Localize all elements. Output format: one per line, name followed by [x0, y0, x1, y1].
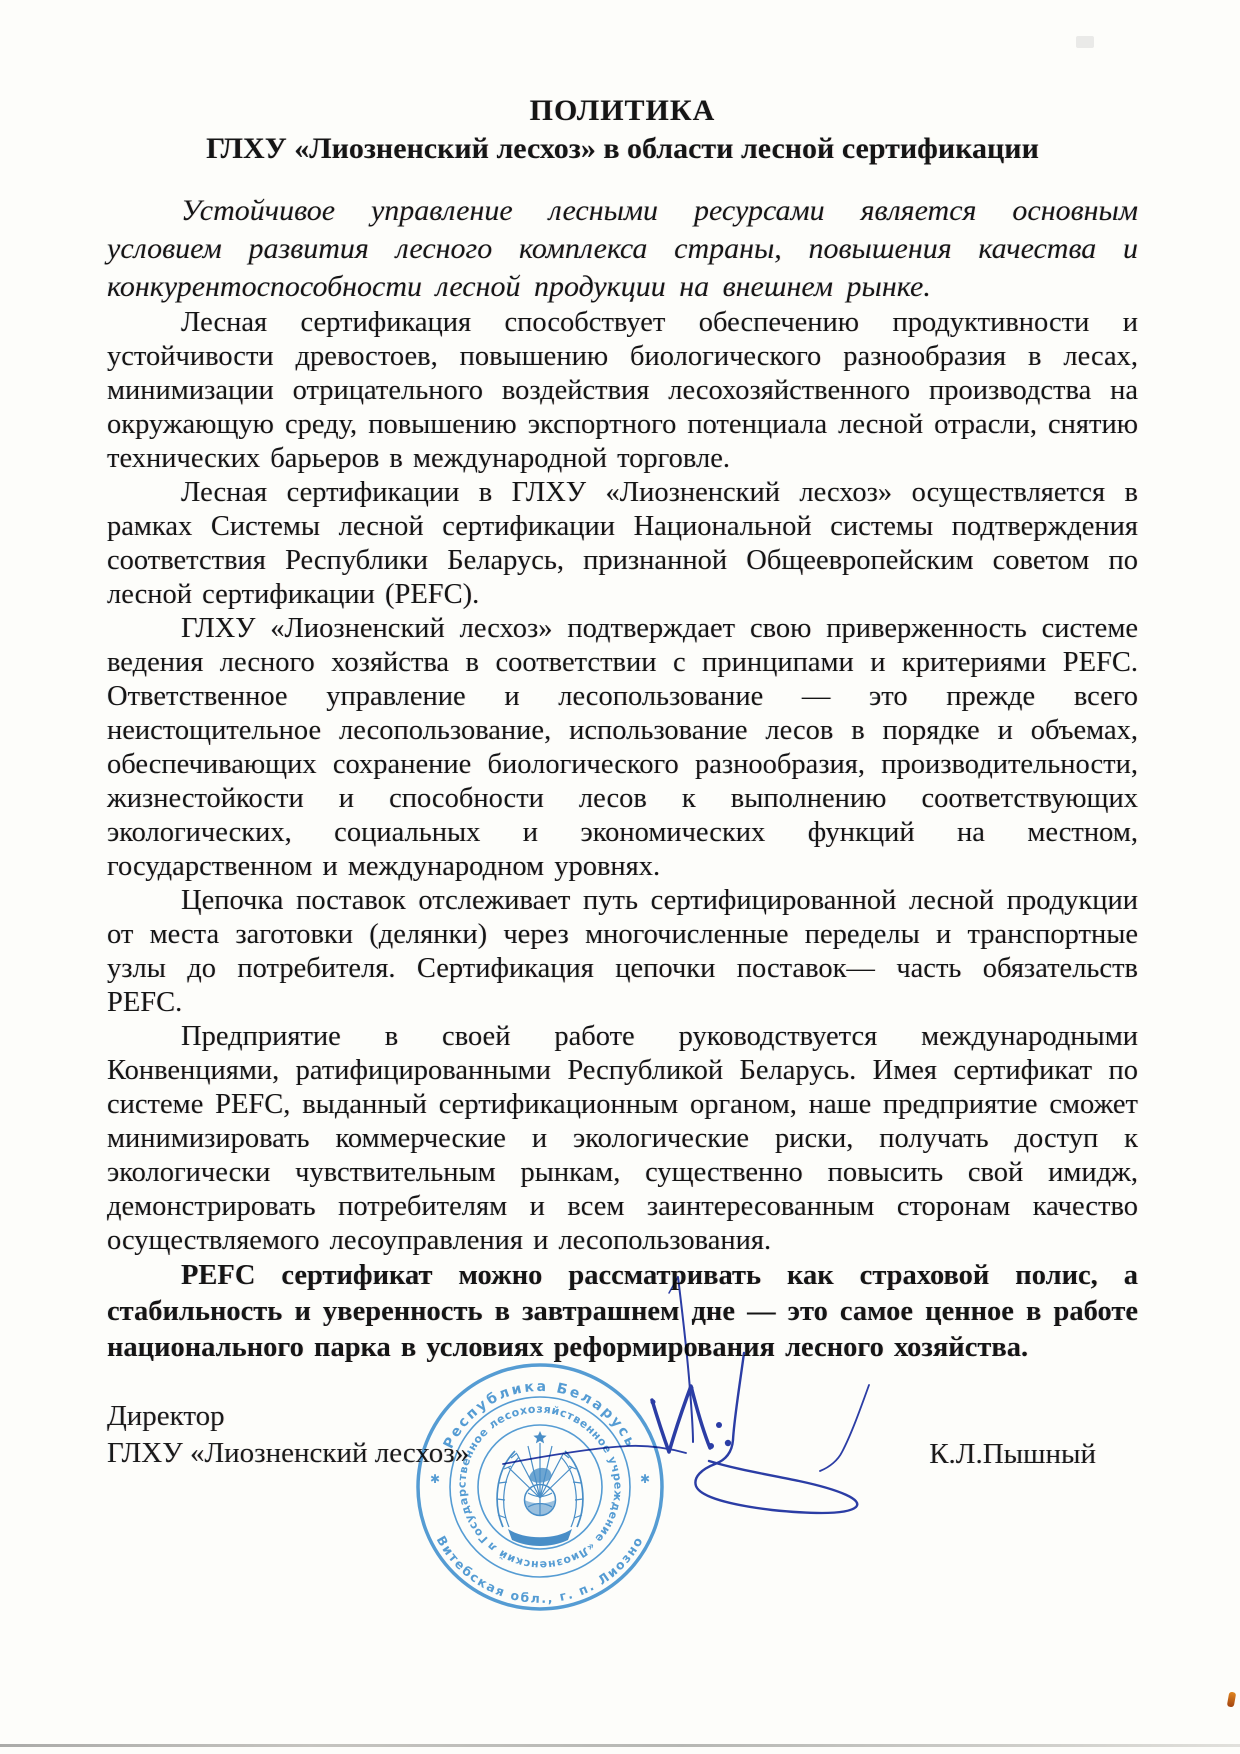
scan-artifact-bottom-line [0, 1744, 1240, 1747]
scanned-document-page: ПОЛИТИКА ГЛХУ «Лиозненский лесхоз» в обл… [0, 0, 1240, 1754]
document-subtitle: ГЛХУ «Лиозненский лесхоз» в области лесн… [107, 132, 1138, 166]
director-signature-ink [430, 1240, 910, 1540]
document-text-column: ПОЛИТИКА ГЛХУ «Лиозненский лесхоз» в обл… [107, 94, 1138, 1366]
paragraph-certification: Лесная сертификация способствует обеспеч… [107, 306, 1138, 476]
paragraph-intro: Устойчивое управление лесными ресурсами … [107, 192, 1138, 306]
scan-artifact-orange-speck [1227, 1692, 1236, 1708]
scan-artifact-top-smudge [1076, 36, 1094, 48]
paragraph-chain-of-custody: Цепочка поставок отслеживает путь сертиф… [107, 884, 1138, 1020]
paragraph-commitment: ГЛХУ «Лиозненский лесхоз» подтверждает с… [107, 612, 1138, 884]
paragraph-national-system: Лесная сертификации в ГЛХУ «Лиозненский … [107, 476, 1138, 612]
signatory-name: К.Л.Пышный [929, 1438, 1096, 1471]
document-title: ПОЛИТИКА [107, 94, 1138, 128]
paragraph-conventions: Предприятие в своей работе руководствует… [107, 1020, 1138, 1258]
